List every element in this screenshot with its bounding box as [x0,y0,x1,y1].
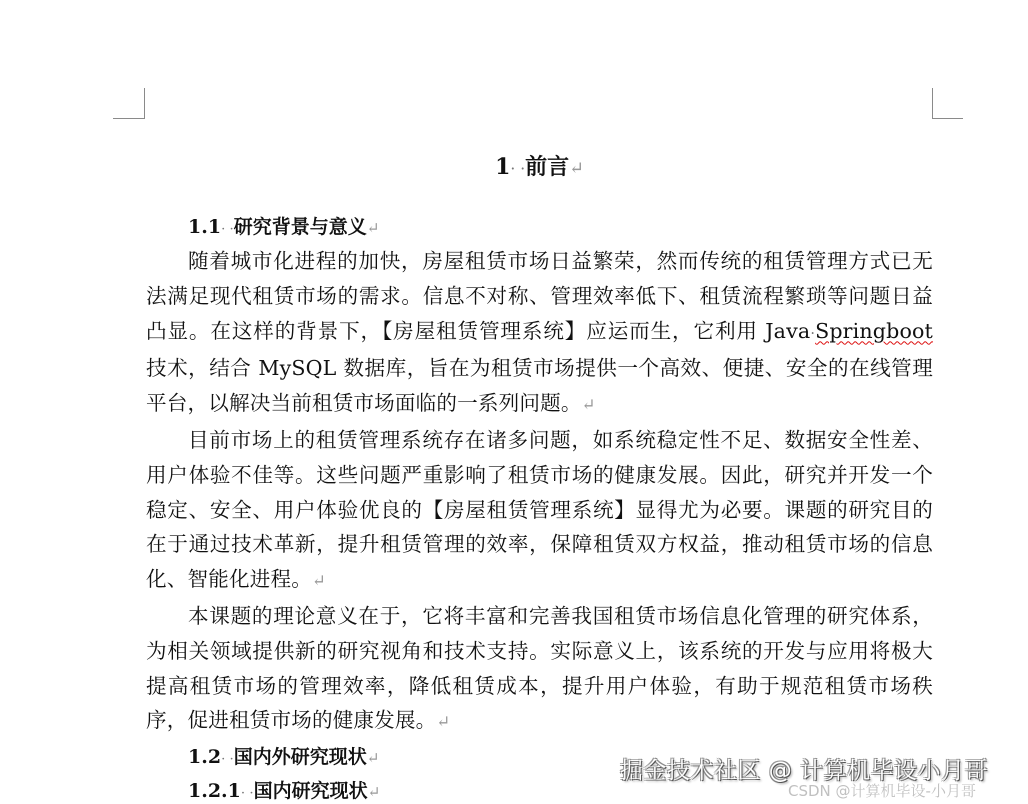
paragraph-mark-icon: ↵ [367,219,380,237]
chapter-title: 前言 [525,154,569,180]
chapter-number: 1 [495,154,510,180]
section-number: 1.1 [188,216,221,238]
paragraph-mark-icon: ↵ [312,571,326,590]
chapter-heading[interactable]: 1· ·前言↵ [146,148,933,186]
section-title: 国内研究现状 [254,780,368,802]
section-number: 1.2 [188,746,221,768]
section-title: 国内外研究现状 [234,746,367,768]
paragraph-mark-icon: ↵ [436,712,450,731]
paragraph-mark-icon: ↵ [569,159,584,179]
spellcheck-flagged-word[interactable]: Springboot [815,319,933,343]
body-paragraph-2[interactable]: 目前市场上的租赁管理系统存在诸多问题，如系统稳定性不足、数据安全性差、用户体验不… [146,423,933,599]
page-corner-mark-top-left [113,88,145,119]
heading-tab-marker: · · [510,160,525,178]
page-corner-mark-top-right [932,88,963,119]
document-body[interactable]: 1· ·前言↵ 1.1· ·研究背景与意义↵ 随着城市化进程的加快，房屋租赁市场… [146,148,933,804]
paragraph-text: 目前市场上的租赁管理系统存在诸多问题，如系统稳定性不足、数据安全性差、用户体验不… [146,428,933,591]
section-number: 1.2.1 [188,780,241,802]
document-page: 1· ·前言↵ 1.1· ·研究背景与意义↵ 随着城市化进程的加快，房屋租赁市场… [0,0,1028,804]
paragraph-text: 本课题的理论意义在于，它将丰富和完善我国租赁市场信息化管理的研究体系，为相关领域… [146,604,933,732]
body-paragraph-3[interactable]: 本课题的理论意义在于，它将丰富和完善我国租赁市场信息化管理的研究体系，为相关领域… [146,599,933,740]
heading-tab-marker: · · [241,786,254,801]
paragraph-mark-icon: ↵ [367,749,380,767]
paragraph-mark-icon: ↵ [582,395,596,414]
heading-tab-marker: · · [221,222,234,237]
paragraph-mark-icon: ↵ [368,783,381,801]
paragraph-text: 技术，结合 MySQL 数据库，旨在为租赁市场提供一个高效、便捷、安全的在线管理… [146,356,933,415]
body-paragraph-1[interactable]: 随着城市化进程的加快，房屋租赁市场日益繁荣，然而传统的租赁管理方式已无法满足现代… [146,244,933,423]
csdn-watermark: CSDN @计算机毕设-小月哥 [788,780,976,801]
heading-tab-marker: · · [221,752,234,767]
section-title: 研究背景与意义 [234,216,367,238]
section-heading-1-1[interactable]: 1.1· ·研究背景与意义↵ [146,210,933,244]
